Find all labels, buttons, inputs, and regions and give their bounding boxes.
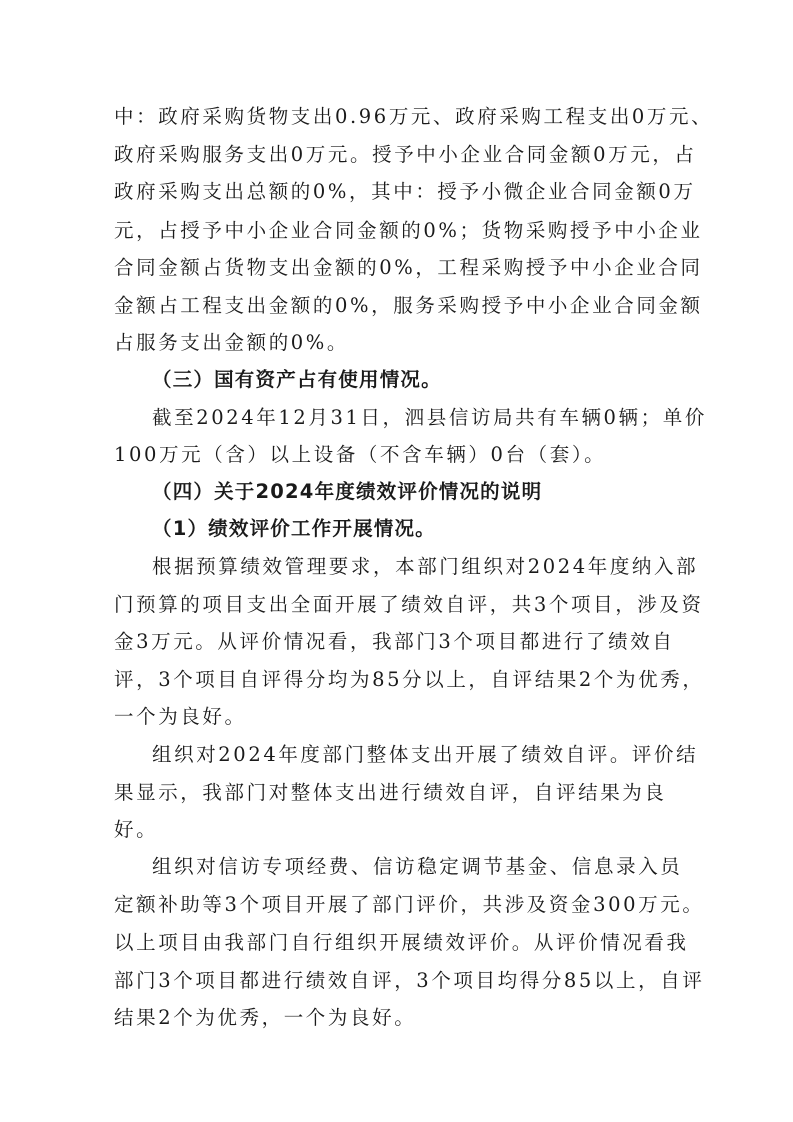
paragraph-line: 金额占工程支出金额的0%，服务采购授予中小企业合同金额 <box>114 290 684 322</box>
paragraph-line: 一个为良好。 <box>114 701 684 733</box>
section-heading-state-assets: （三）国有资产占有使用情况。 <box>152 364 722 396</box>
paragraph-line: 金3万元。从评价情况看，我部门3个项目都进行了绩效自 <box>114 626 684 658</box>
document-page: 中：政府采购货物支出0.96万元、政府采购工程支出0万元、 政府采购服务支出0万… <box>0 0 793 1122</box>
paragraph-line: 截至2024年12月31日，泗县信访局共有车辆0辆；单价 <box>152 402 722 434</box>
paragraph-line: 根据预算绩效管理要求，本部门组织对2024年度纳入部 <box>152 551 722 583</box>
paragraph-line: 100万元（含）以上设备（不含车辆）0台（套）。 <box>114 439 684 471</box>
paragraph-line: 政府采购支出总额的0%，其中：授予小微企业合同金额0万 <box>114 176 684 208</box>
paragraph-line: 组织对2024年度部门整体支出开展了绩效自评。评价结 <box>152 739 722 771</box>
paragraph-line: 合同金额占货物支出金额的0%，工程采购授予中小企业合同 <box>114 252 684 284</box>
paragraph-line: 门预算的项目支出全面开展了绩效自评，共3个项目，涉及资 <box>114 589 684 621</box>
paragraph-line: 定额补助等3个项目开展了部门评价，共涉及资金300万元。 <box>114 889 684 921</box>
paragraph-line: 结果2个为优秀，一个为良好。 <box>114 1002 684 1034</box>
paragraph-line: 好。 <box>114 814 684 846</box>
paragraph-line: 以上项目由我部门自行组织开展绩效评价。从评价情况看我 <box>114 927 684 959</box>
section-heading-performance-evaluation: （四）关于2024年度绩效评价情况的说明 <box>152 476 722 508</box>
paragraph-line: 元，占授予中小企业合同金额的0%；货物采购授予中小企业 <box>114 215 684 247</box>
paragraph-line: 政府采购服务支出0万元。授予中小企业合同金额0万元，占 <box>114 139 684 171</box>
subsection-heading-evaluation-work: （1）绩效评价工作开展情况。 <box>152 513 722 545</box>
paragraph-line: 部门3个项目都进行绩效自评，3个项目均得分85以上，自评 <box>114 965 684 997</box>
paragraph-line: 中：政府采购货物支出0.96万元、政府采购工程支出0万元、 <box>114 101 684 133</box>
paragraph-line: 评，3个项目自评得分均为85分以上，自评结果2个为优秀， <box>114 664 684 696</box>
paragraph-line: 果显示，我部门对整体支出进行绩效自评，自评结果为良 <box>114 777 684 809</box>
paragraph-line: 组织对信访专项经费、信访稳定调节基金、信息录入员 <box>152 851 722 883</box>
paragraph-line: 占服务支出金额的0%。 <box>114 327 684 359</box>
